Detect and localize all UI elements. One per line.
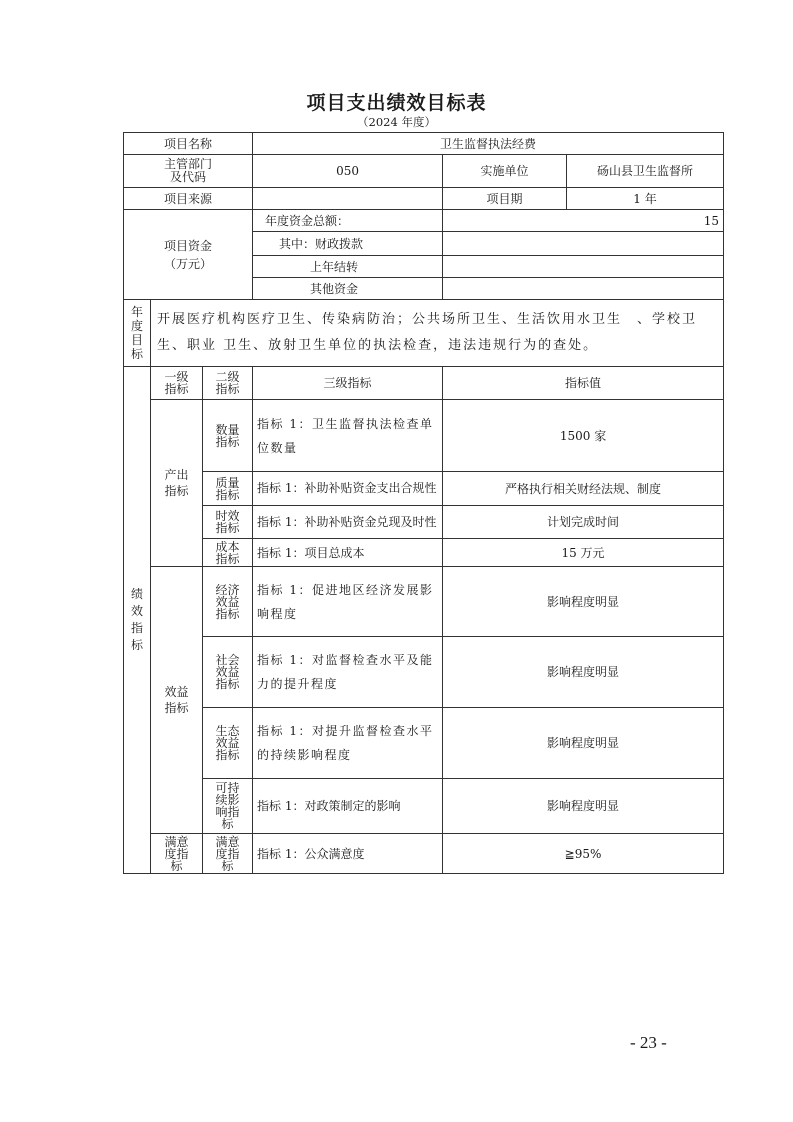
source-value [253, 188, 443, 210]
row-source: 项目来源 项目期 1 年 [124, 188, 724, 210]
level1-line: 度指 [151, 848, 202, 860]
source-label: 项目来源 [124, 188, 253, 210]
implementing-unit-label: 实施单位 [443, 155, 567, 188]
level2-line: 经济 [203, 584, 252, 596]
benefit-ecological-value: 影响程度明显 [443, 708, 724, 779]
satisfaction-level2-label: 满意 度指 标 [203, 834, 253, 874]
performance-label-char: 绩 [124, 586, 150, 603]
performance-label-char: 标 [124, 637, 150, 654]
row-output-quantity: 产出 指标 数量 指标 指标 1：卫生监督执法检查单位数量 1500 家 [124, 400, 724, 472]
benefit-social-label: 社会 效益 指标 [203, 637, 253, 708]
benefit-label-line: 指标 [155, 700, 198, 716]
period-value: 1 年 [567, 188, 724, 210]
row-annual-goal: 年 度 目 标 开展医疗机构医疗卫生、传染病防治；公共场所卫生、生活饮用水卫生 … [124, 300, 724, 367]
level2-line: 指标 [203, 678, 252, 690]
output-indicators-label: 产出 指标 [151, 400, 203, 567]
period-label: 项目期 [443, 188, 567, 210]
funds-label: 项目资金 （万元） [124, 210, 253, 300]
benefit-ecological-label: 生态 效益 指标 [203, 708, 253, 779]
row-benefit-ecological: 生态 效益 指标 指标 1：对提升监督检查水平的持续影响程度 影响程度明显 [124, 708, 724, 779]
funds-fiscal-label: 其中：财政拨款 [253, 232, 443, 256]
satisfaction-level1-label: 满意 度指 标 [151, 834, 203, 874]
header-level3: 三级指标 [253, 367, 443, 400]
level2-line: 数量 [203, 424, 252, 436]
annual-goal-label-char: 标 [124, 347, 150, 361]
level2-line: 指标 [203, 553, 252, 565]
satisfaction-indicator: 指标 1：公众满意度 [253, 834, 443, 874]
output-quality-label: 质量 指标 [203, 472, 253, 506]
performance-label-char: 指 [124, 620, 150, 637]
row-output-cost: 成本 指标 指标 1：项目总成本 15 万元 [124, 539, 724, 567]
performance-label-char: 效 [124, 603, 150, 620]
benefit-economic-value: 影响程度明显 [443, 567, 724, 637]
benefit-social-value: 影响程度明显 [443, 637, 724, 708]
output-cost-value: 15 万元 [443, 539, 724, 567]
output-quality-indicator: 指标 1：补助补贴资金支出合规性 [253, 472, 443, 506]
page-number: - 23 - [630, 1033, 667, 1053]
row-satisfaction: 满意 度指 标 满意 度指 标 指标 1：公众满意度 ≧95% [124, 834, 724, 874]
level2-line: 标 [203, 860, 252, 872]
output-quality-value: 严格执行相关财经法规、制度 [443, 472, 724, 506]
output-timeliness-label: 时效 指标 [203, 506, 253, 539]
row-benefit-economic: 效益 指标 经济 效益 指标 指标 1：促进地区经济发展影响程度 影响程度明显 [124, 567, 724, 637]
annual-goal-label-char: 度 [124, 319, 150, 333]
output-timeliness-value: 计划完成时间 [443, 506, 724, 539]
level2-line: 指标 [203, 436, 252, 448]
funds-carryover-label: 上年结转 [253, 256, 443, 278]
benefit-economic-indicator: 指标 1：促进地区经济发展影响程度 [253, 567, 443, 637]
funds-total-label: 年度资金总额： [253, 210, 443, 232]
header-level2-line: 指标 [203, 383, 252, 395]
level1-line: 满意 [151, 836, 202, 848]
benefit-sustainable-label: 可持 续影 响指 标 [203, 779, 253, 834]
header-level2: 二级 指标 [203, 367, 253, 400]
row-output-timeliness: 时效 指标 指标 1：补助补贴资金兑现及时性 计划完成时间 [124, 506, 724, 539]
output-quantity-value: 1500 家 [443, 400, 724, 472]
annual-goal-label-char: 年 [124, 305, 150, 319]
department-label: 主管部门 及代码 [124, 155, 253, 188]
level2-line: 效益 [203, 596, 252, 608]
level2-line: 质量 [203, 477, 252, 489]
row-project-name: 项目名称 卫生监督执法经费 [124, 133, 724, 155]
funds-carryover-value [443, 256, 724, 278]
performance-indicators-label: 绩 效 指 标 [124, 367, 151, 874]
row-indicator-header: 绩 效 指 标 一级 指标 二级 指标 三级指标 指标值 [124, 367, 724, 400]
benefit-sustainable-value: 影响程度明显 [443, 779, 724, 834]
level2-line: 指标 [203, 608, 252, 620]
row-funds-total: 项目资金 （万元） 年度资金总额： 15 [124, 210, 724, 232]
output-cost-indicator: 指标 1：项目总成本 [253, 539, 443, 567]
header-indicator-value: 指标值 [443, 367, 724, 400]
row-output-quality: 质量 指标 指标 1：补助补贴资金支出合规性 严格执行相关财经法规、制度 [124, 472, 724, 506]
funds-total-value: 15 [443, 210, 724, 232]
level2-line: 指标 [203, 522, 252, 534]
department-code: 050 [253, 155, 443, 188]
department-label-line2: 及代码 [128, 171, 248, 184]
level2-line: 指标 [203, 749, 252, 761]
output-quantity-label: 数量 指标 [203, 400, 253, 472]
funds-label-line2: （万元） [128, 255, 248, 273]
level2-line: 成本 [203, 541, 252, 553]
output-quantity-indicator: 指标 1：卫生监督执法检查单位数量 [253, 400, 443, 472]
implementing-unit-value: 砀山县卫生监督所 [567, 155, 724, 188]
level2-line: 满意 [203, 836, 252, 848]
level2-line: 度指 [203, 848, 252, 860]
annual-goal-label: 年 度 目 标 [124, 300, 151, 367]
document-title: 项目支出绩效目标表 [0, 88, 793, 115]
project-name-value: 卫生监督执法经费 [253, 133, 724, 155]
benefit-label-line: 效益 [155, 684, 198, 700]
satisfaction-value: ≧95% [443, 834, 724, 874]
benefit-ecological-indicator: 指标 1：对提升监督检查水平的持续影响程度 [253, 708, 443, 779]
funds-other-value [443, 278, 724, 300]
level2-line: 标 [203, 818, 252, 830]
benefit-economic-label: 经济 效益 指标 [203, 567, 253, 637]
row-benefit-sustainable: 可持 续影 响指 标 指标 1：对政策制定的影响 影响程度明显 [124, 779, 724, 834]
level2-line: 指标 [203, 489, 252, 501]
row-benefit-social: 社会 效益 指标 指标 1：对监督检查水平及能力的提升程度 影响程度明显 [124, 637, 724, 708]
output-timeliness-indicator: 指标 1：补助补贴资金兑现及时性 [253, 506, 443, 539]
output-label-line: 指标 [155, 483, 198, 499]
output-label-line: 产出 [155, 467, 198, 483]
benefit-social-indicator: 指标 1：对监督检查水平及能力的提升程度 [253, 637, 443, 708]
funds-fiscal-value [443, 232, 724, 256]
benefit-indicators-label: 效益 指标 [151, 567, 203, 834]
header-level1-line: 指标 [151, 383, 202, 395]
level1-line: 标 [151, 860, 202, 872]
row-department: 主管部门 及代码 050 实施单位 砀山县卫生监督所 [124, 155, 724, 188]
funds-other-label: 其他资金 [253, 278, 443, 300]
annual-goal-label-char: 目 [124, 333, 150, 347]
annual-goal-text: 开展医疗机构医疗卫生、传染病防治；公共场所卫生、生活饮用水卫生 、学校卫生、职业… [151, 300, 724, 367]
performance-target-table: 项目名称 卫生监督执法经费 主管部门 及代码 050 实施单位 砀山县卫生监督所… [123, 132, 723, 874]
funds-label-line1: 项目资金 [128, 237, 248, 255]
project-name-label: 项目名称 [124, 133, 253, 155]
output-cost-label: 成本 指标 [203, 539, 253, 567]
benefit-sustainable-indicator: 指标 1：对政策制定的影响 [253, 779, 443, 834]
header-level1: 一级 指标 [151, 367, 203, 400]
document-subtitle: （2024 年度） [0, 114, 793, 130]
